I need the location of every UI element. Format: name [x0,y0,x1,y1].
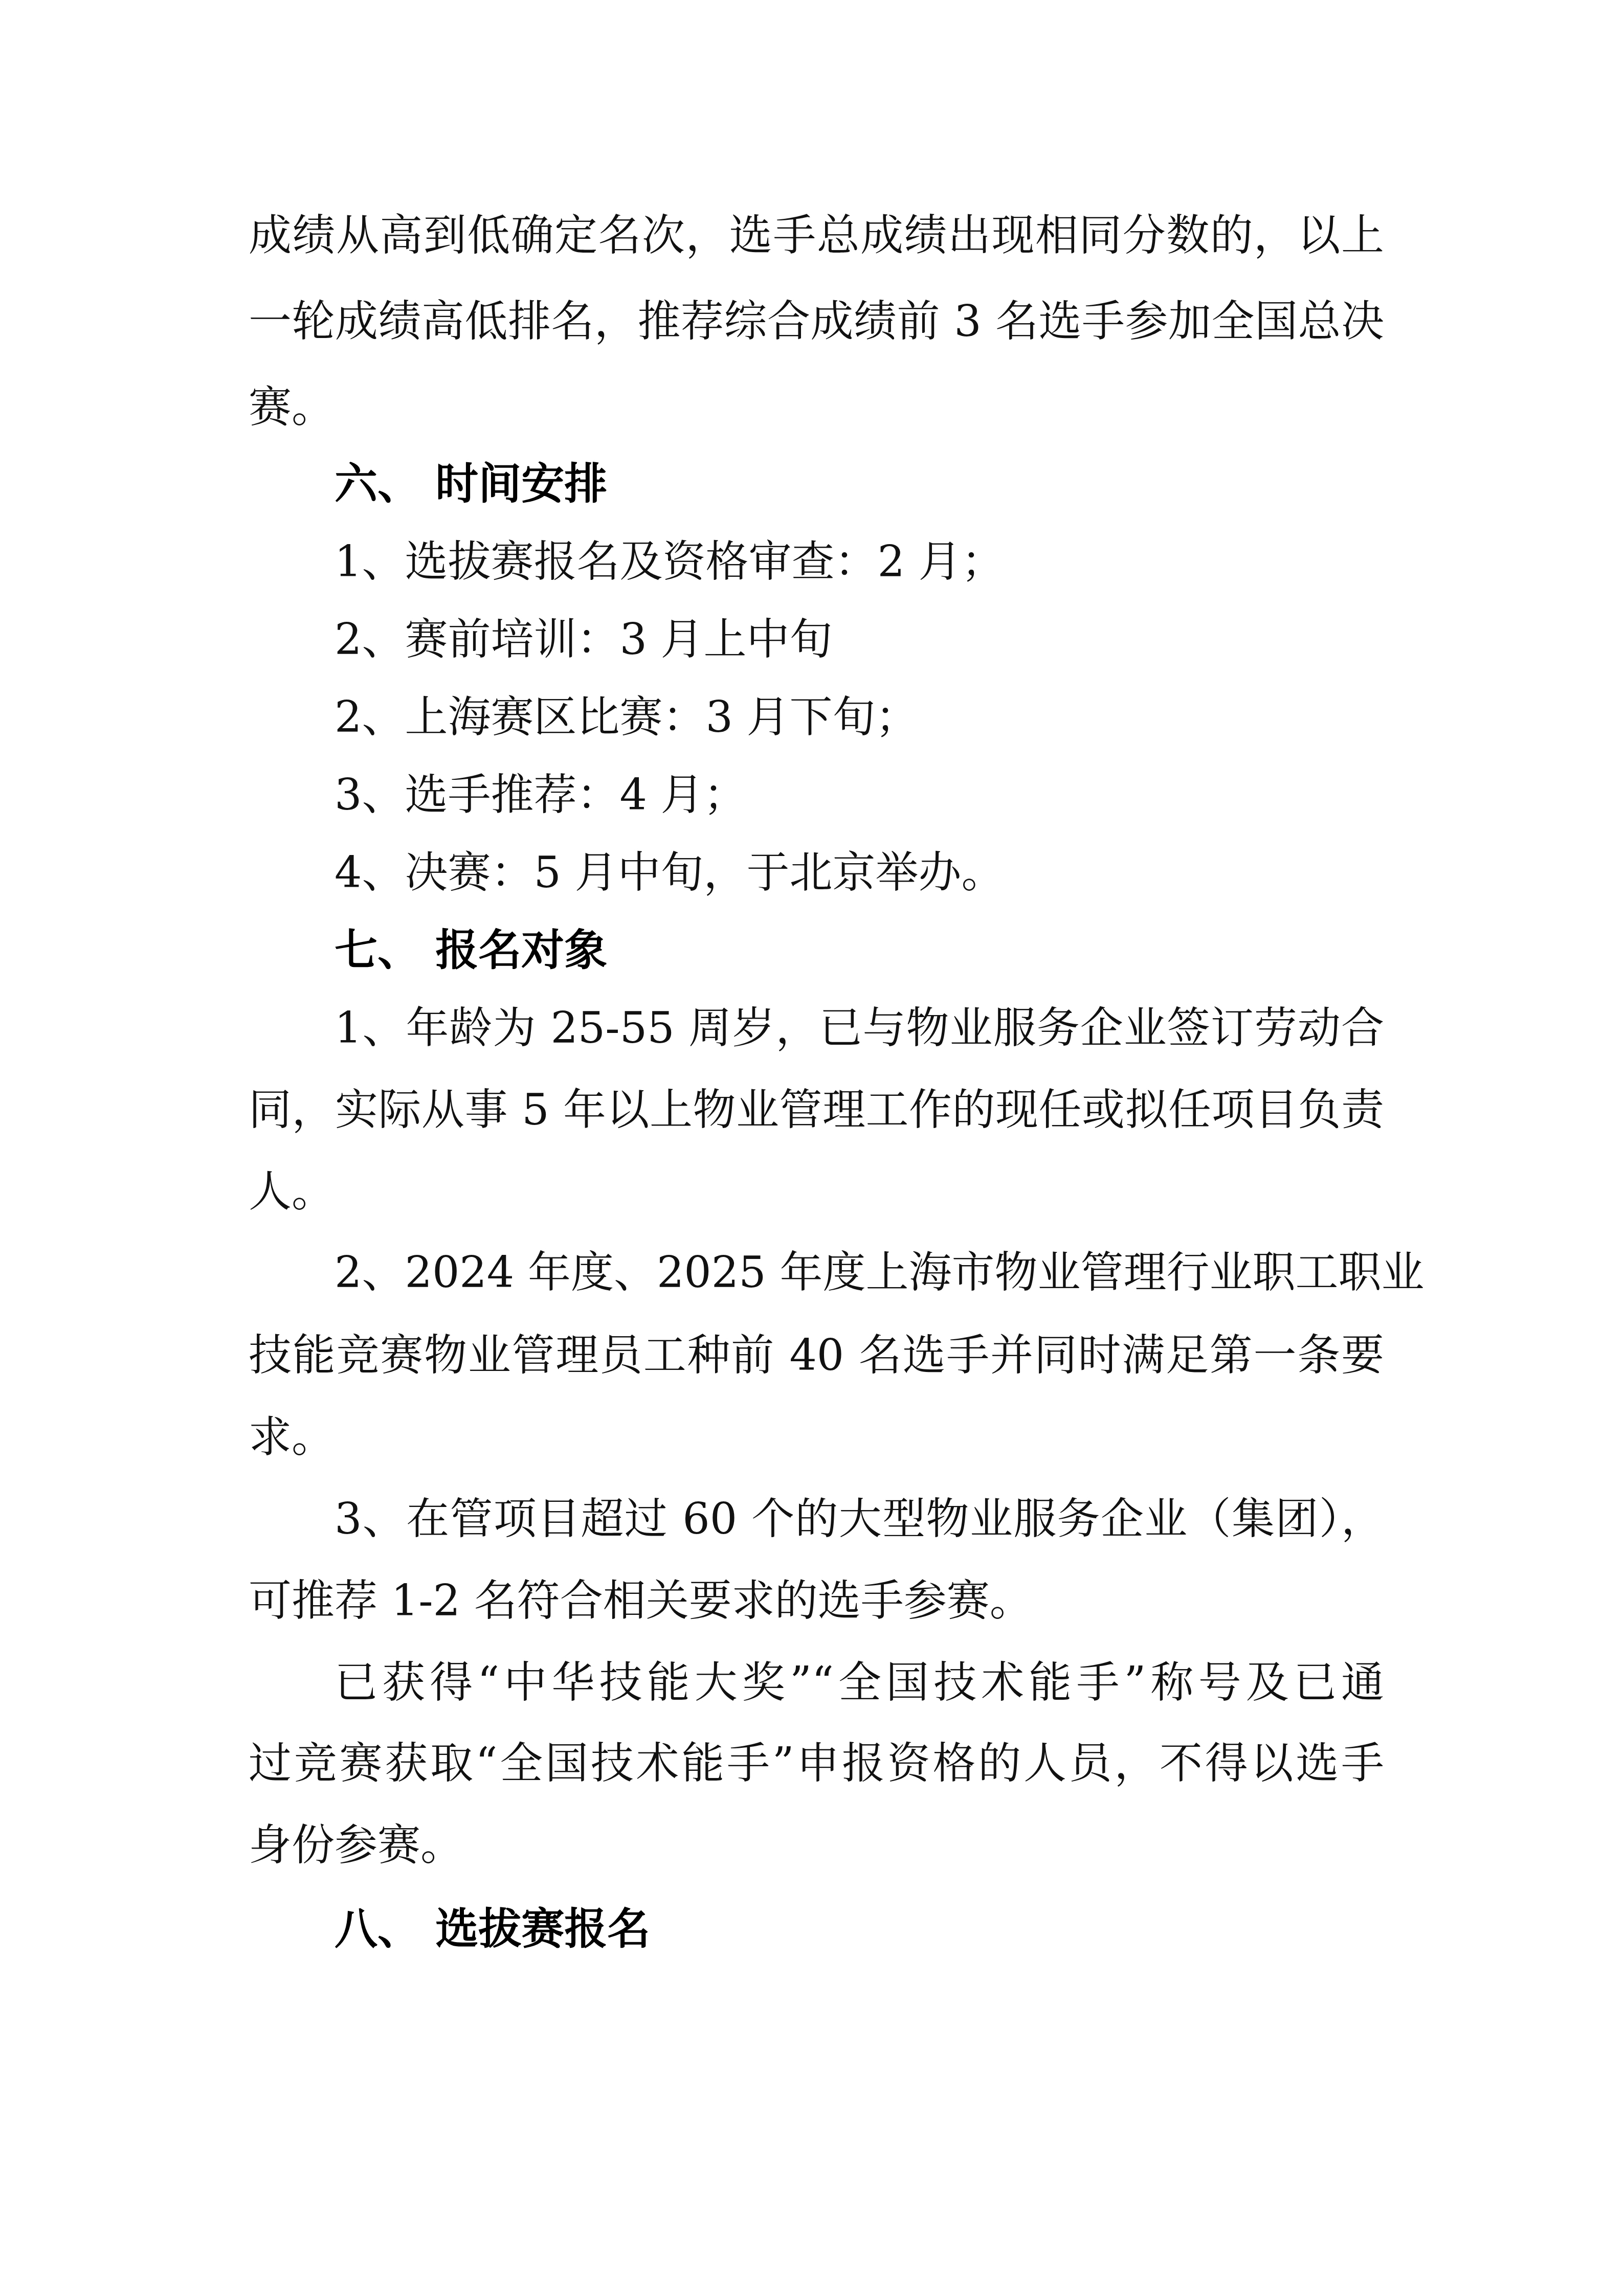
section-heading-registration: 八、 选拔赛报名 [335,1903,650,1954]
schedule-item: 3、选手推荐：4 月； [335,769,1384,820]
paragraph-line: 身份参赛。 [249,1819,1384,1871]
section-heading-eligibility: 七、 报名对象 [335,925,607,976]
section-heading-schedule: 六、 时间安排 [335,458,607,509]
paragraph-line: 已获得“中华技能大奖”“全国技术能手”称号及已通 [335,1657,1384,1708]
paragraph-line: 赛。 [249,381,1384,433]
schedule-item: 2、上海赛区比赛：3 月下旬； [335,691,1384,742]
paragraph-line: 人。 [249,1166,1384,1217]
paragraph-line: 技能竞赛物业管理员工种前 40 名选手并同时满足第一条要 [249,1330,1384,1381]
paragraph-line: 求。 [249,1411,1384,1462]
schedule-item: 1、选拔赛报名及资格审查：2 月； [335,536,1384,587]
paragraph-line: 1、年龄为 25-55 周岁，已与物业服务企业签订劳动合 [335,1002,1384,1053]
paragraph-line: 一轮成绩高低排名，推荐综合成绩前 3 名选手参加全国总决 [249,296,1384,347]
schedule-item: 2、赛前培训：3 月上中旬 [335,614,1384,665]
schedule-item: 4、决赛：5 月中旬，于北京举办。 [335,847,1384,898]
paragraph-line: 过竞赛获取“全国技术能手”申报资格的人员，不得以选手 [249,1738,1384,1789]
paragraph-line: 2、2024 年度、2025 年度上海市物业管理行业职工职业 [335,1247,1384,1298]
paragraph-line: 同，实际从事 5 年以上物业管理工作的现任或拟任项目负责 [249,1084,1384,1135]
paragraph-line: 成绩从高到低确定名次，选手总成绩出现相同分数的，以上 [249,210,1384,261]
document-page: 成绩从高到低确定名次，选手总成绩出现相同分数的，以上 一轮成绩高低排名，推荐综合… [0,0,1624,2296]
paragraph-line: 可推荐 1-2 名符合相关要求的选手参赛。 [249,1575,1384,1626]
paragraph-line: 3、在管项目超过 60 个的大型物业服务企业（集团）， [335,1493,1384,1544]
